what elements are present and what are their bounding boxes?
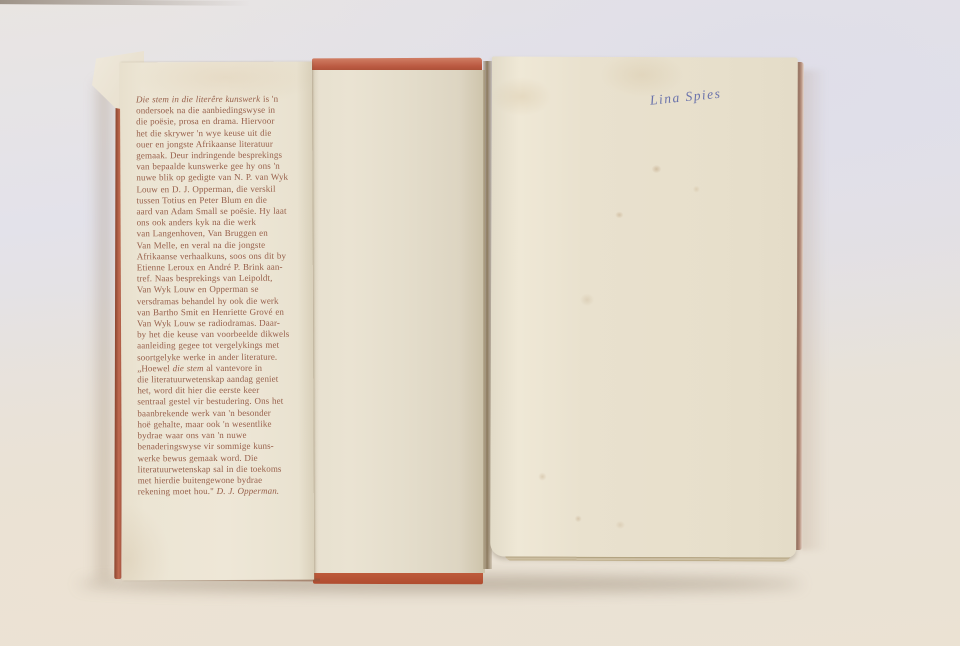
flap-text: Die stem in die literêre kunswerk is 'no… — [136, 94, 308, 498]
front-endpaper — [312, 70, 485, 573]
table-edge — [0, 0, 250, 6]
owner-inscription: Lina Spies — [649, 82, 760, 109]
right-blank-page: Lina Spies — [490, 56, 798, 557]
book-photo: Lina Spies Die stem in die literêre kuns… — [0, 0, 960, 646]
dust-jacket-flap: Die stem in die literêre kunswerk is 'no… — [120, 62, 314, 581]
book-shadow-left — [96, 82, 112, 580]
page-shadow-right — [800, 70, 826, 550]
